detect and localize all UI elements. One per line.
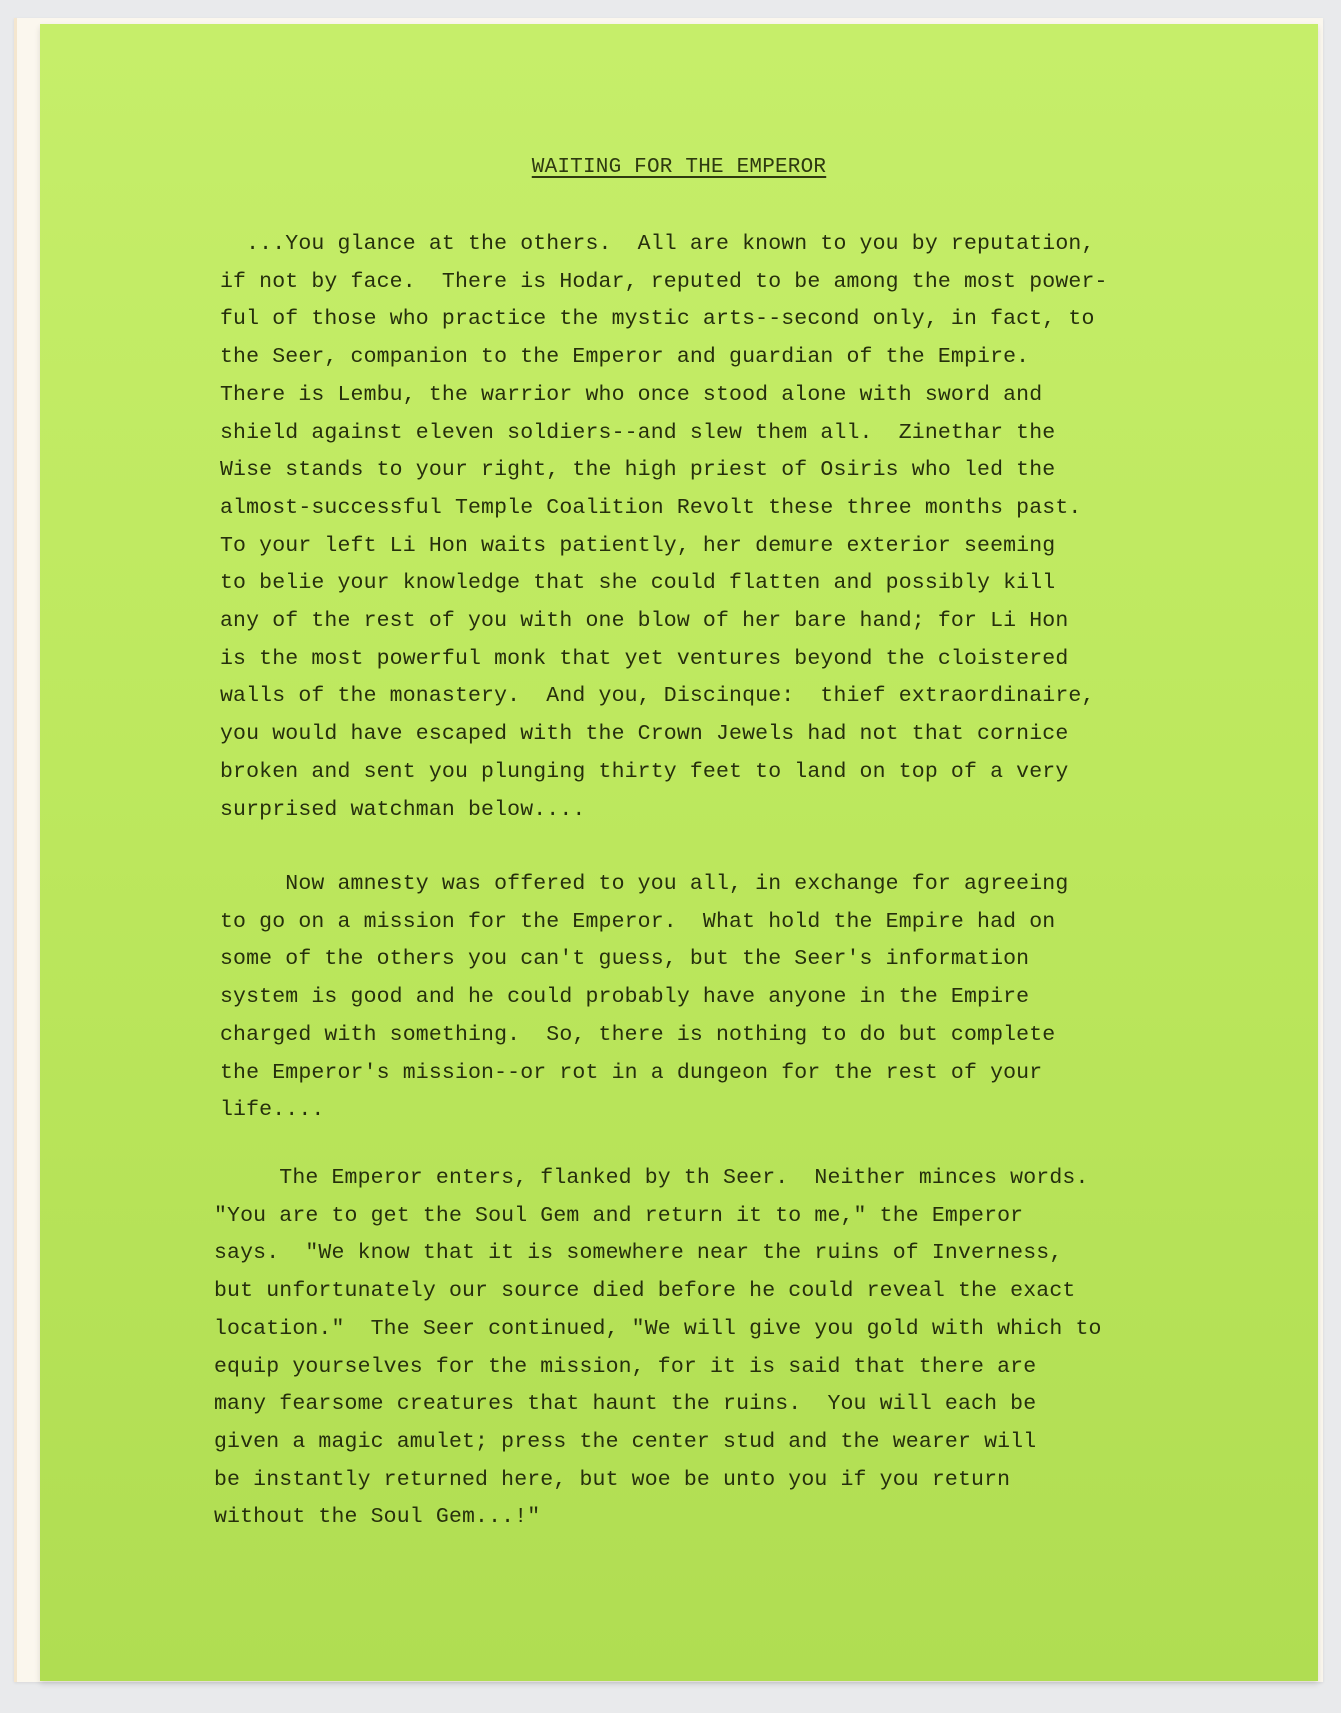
text-line: some of the others you can't guess, but … xyxy=(220,941,1068,979)
text-line: says. "We know that it is somewhere near… xyxy=(214,1235,1102,1273)
paragraph-2: Now amnesty was offered to you all, in e… xyxy=(220,866,1068,1130)
text-line: system is good and he could probably hav… xyxy=(220,979,1068,1017)
text-line: the Seer, companion to the Emperor and g… xyxy=(220,339,1108,377)
text-line: walls of the monastery. And you, Discinq… xyxy=(220,678,1108,716)
text-line: ful of those who practice the mystic art… xyxy=(220,301,1108,339)
text-line: to belie your knowledge that she could f… xyxy=(220,565,1108,603)
document-title: WAITING FOR THE EMPEROR xyxy=(40,156,1318,179)
text-line: To your left Li Hon waits patiently, her… xyxy=(220,528,1108,566)
text-line: There is Lembu, the warrior who once sto… xyxy=(220,377,1108,415)
text-line: is the most powerful monk that yet ventu… xyxy=(220,641,1108,679)
text-line: if not by face. There is Hodar, reputed … xyxy=(220,264,1108,302)
text-line: surprised watchman below.... xyxy=(220,792,1108,830)
paragraph-3: The Emperor enters, flanked by th Seer. … xyxy=(214,1160,1102,1537)
text-line: Now amnesty was offered to you all, in e… xyxy=(220,866,1068,904)
text-line: without the Soul Gem...!" xyxy=(214,1499,1102,1537)
text-line: shield against eleven soldiers--and slew… xyxy=(220,415,1108,453)
text-line: location." The Seer continued, "We will … xyxy=(214,1311,1102,1349)
title-text: WAITING FOR THE EMPEROR xyxy=(532,156,826,179)
text-line: many fearsome creatures that haunt the r… xyxy=(214,1386,1102,1424)
text-line: the Emperor's mission--or rot in a dunge… xyxy=(220,1055,1068,1093)
text-line: ...You glance at the others. All are kno… xyxy=(220,226,1108,264)
text-line: almost-successful Temple Coalition Revol… xyxy=(220,490,1108,528)
text-line: but unfortunately our source died before… xyxy=(214,1273,1102,1311)
text-line: you would have escaped with the Crown Je… xyxy=(220,716,1108,754)
text-line: charged with something. So, there is not… xyxy=(220,1017,1068,1055)
text-line: equip yourselves for the mission, for it… xyxy=(214,1349,1102,1387)
text-line: "You are to get the Soul Gem and return … xyxy=(214,1198,1102,1236)
text-line: life.... xyxy=(220,1092,1068,1130)
document-page: WAITING FOR THE EMPEROR ...You glance at… xyxy=(40,24,1318,1681)
text-line: be instantly returned here, but woe be u… xyxy=(214,1462,1102,1500)
text-line: Wise stands to your right, the high prie… xyxy=(220,452,1108,490)
text-line: broken and sent you plunging thirty feet… xyxy=(220,754,1108,792)
text-line: given a magic amulet; press the center s… xyxy=(214,1424,1102,1462)
text-line: any of the rest of you with one blow of … xyxy=(220,603,1108,641)
text-line: The Emperor enters, flanked by th Seer. … xyxy=(214,1160,1102,1198)
paragraph-1: ...You glance at the others. All are kno… xyxy=(220,226,1108,829)
text-line: to go on a mission for the Emperor. What… xyxy=(220,904,1068,942)
